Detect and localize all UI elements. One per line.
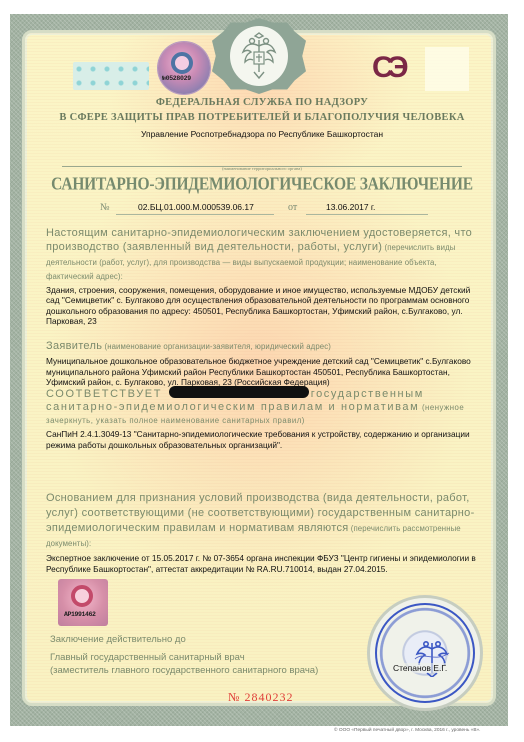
date-label: от: [288, 202, 297, 213]
applicant-section: Заявитель (наименование организации-заяв…: [46, 336, 482, 388]
serial-number: № 2840232: [228, 690, 293, 705]
conformity-value: СанПиН 2.4.1.3049-13 "Санитарно-эпидемио…: [46, 429, 482, 450]
watermark-area: [425, 47, 469, 91]
hologram-number-bottom: AP1991462: [64, 611, 96, 618]
security-stripe: [73, 62, 149, 90]
signer-title-line1: Главный государственный санитарный врач: [50, 651, 318, 664]
department-name: Управление Роспотребнадзора по Республик…: [24, 129, 500, 139]
applicant-value: Муниципальное дошкольное образовательное…: [46, 356, 482, 388]
number-row: № 02.БЦ.01.000.М.000539.06.17 от 13.06.2…: [100, 202, 430, 216]
hologram-logo-icon: [71, 585, 93, 607]
hologram-sticker: №0528029: [158, 42, 210, 94]
certificate-number: 02.БЦ.01.000.М.000539.06.17: [138, 202, 254, 212]
certificate-date: 13.06.2017 г.: [326, 202, 375, 212]
agency-name-line2: В СФЕРЕ ЗАЩИТЫ ПРАВ ПОТРЕБИТЕЛЕЙ И БЛАГО…: [24, 112, 500, 123]
valid-until-label: Заключение действительно до: [50, 634, 186, 645]
hologram-logo-icon: [171, 52, 193, 74]
agency-name-line1: ФЕДЕРАЛЬНАЯ СЛУЖБА ПО НАДЗОРУ: [24, 97, 500, 108]
production-value: Здания, строения, сооружения, помещения,…: [46, 285, 482, 327]
hologram-number: №0528029: [162, 75, 191, 82]
emblem-frame: [212, 18, 306, 94]
official-seal-icon: [370, 598, 480, 708]
production-section: Настоящим санитарно-эпидемиологическим з…: [46, 226, 482, 327]
signer-name: Степанов Е.Г.: [393, 663, 447, 673]
date-underline: [306, 214, 428, 215]
conformity-lead: СООТВЕТСТВУЕТ: [46, 388, 162, 400]
applicant-label: Заявитель: [46, 340, 102, 352]
signer-title-line2: (заместитель главного государственного с…: [50, 664, 318, 677]
printer-imprint: © ООО «Первый печатный двор», г. Москва,…: [334, 728, 481, 733]
conformity-section: СООТВЕТСТВУЕТ государственным санитарно-…: [46, 386, 482, 450]
applicant-hint: (наименование организации-заявителя, юри…: [102, 342, 331, 351]
department-caption: (наименование территориального органа): [62, 166, 462, 171]
double-headed-eagle-icon: [238, 32, 280, 80]
redaction-bar: [169, 386, 309, 398]
number-underline: [116, 214, 274, 215]
document-title: САНИТАРНО-ЭПИДЕМИОЛОГИЧЕСКОЕ ЗАКЛЮЧЕНИЕ: [24, 175, 500, 196]
basis-section: Основанием для признания условий произво…: [46, 490, 482, 574]
number-label: №: [100, 202, 110, 213]
signer-title: Главный государственный санитарный врач …: [50, 651, 318, 677]
hologram-sticker-bottom: AP1991462: [58, 579, 108, 626]
brand-logo: СЭ: [372, 52, 422, 84]
basis-value: Экспертное заключение от 15.05.2017 г. №…: [46, 553, 482, 574]
